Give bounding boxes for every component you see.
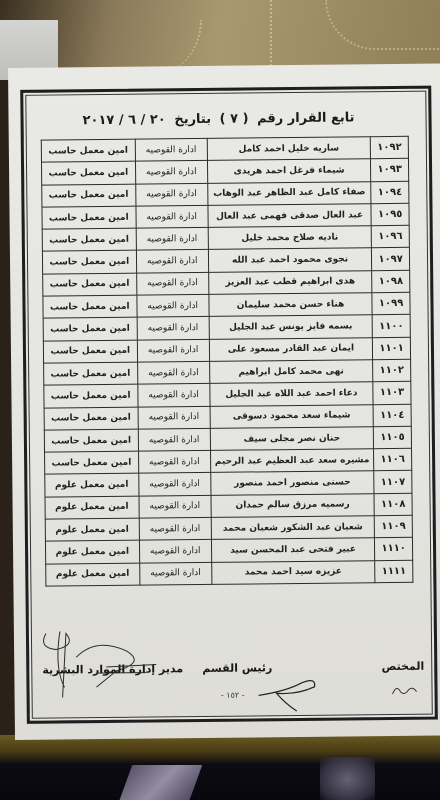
row-number: ١١١٠	[375, 538, 413, 561]
job-title: امين معمل حاسب	[43, 273, 137, 296]
department: ادارة القوصيه	[135, 183, 207, 206]
decision-number: ( ٧ )	[220, 111, 249, 126]
row-number: ١١٠٤	[373, 404, 411, 427]
job-title: امين معمل حاسب	[43, 318, 137, 341]
department: ادارة القوصيه	[137, 317, 209, 340]
row-number: ١١٠٥	[374, 426, 412, 449]
date-label: بتاريخ	[174, 112, 211, 127]
employee-name: صفاء كامل عبد الظاهر عبد الوهاب	[207, 181, 371, 205]
row-number: ١٠٩٨	[372, 270, 410, 293]
row-number: ١١٠٨	[374, 493, 412, 516]
department: ادارة القوصيه	[136, 205, 208, 228]
employee-name: ايمان عبد القادر مسعود على	[209, 337, 373, 361]
row-number: ١١٠٧	[374, 471, 412, 494]
job-title: امين معمل علوم	[45, 496, 139, 519]
hr-director-signature-icon	[36, 626, 167, 707]
employee-name: مشيره سعد عبد العظيم عبد الرحيم	[210, 449, 374, 473]
background-reflection	[118, 765, 203, 800]
specialist-label: المختص	[382, 660, 425, 673]
employee-name: نهى محمد كامل ابراهيم	[209, 360, 373, 384]
department: ادارة القوصيه	[137, 361, 209, 384]
employee-name: ناديه صلاح محمد خليل	[208, 226, 372, 250]
employee-name: نجوى محمود احمد عبد الله	[208, 248, 372, 272]
row-number: ١٠٩٥	[371, 203, 409, 226]
employee-name: شعبان عبد الشكور شعبان محمد	[211, 516, 375, 540]
header-prefix: تابع القرار رقم	[257, 110, 355, 126]
department: ادارة القوصيه	[138, 406, 210, 429]
job-title: امين معمل حاسب	[43, 295, 137, 318]
job-title: امين معمل حاسب	[44, 429, 138, 452]
department: ادارة القوصيه	[139, 562, 211, 585]
section-head-signature-icon	[256, 673, 326, 714]
date-value: ٢٠ / ٦ / ٢٠١٧	[82, 112, 165, 128]
stamp-number: - ١٥٢ -	[221, 691, 245, 700]
background-stitch	[240, 0, 272, 70]
department: ادارة القوصيه	[139, 517, 211, 540]
job-title: امين معمل حاسب	[43, 340, 137, 363]
row-number: ١١٠٩	[374, 515, 412, 538]
row-number: ١١١١	[375, 560, 413, 583]
job-title: امين معمل حاسب	[44, 384, 138, 407]
employee-name: دعاء احمد عبد اللاه عبد الجليل	[210, 382, 374, 406]
row-number: ١١٠٣	[373, 382, 411, 405]
job-title: امين معمل حاسب	[41, 161, 135, 184]
job-title: امين معمل حاسب	[42, 206, 136, 229]
department: ادارة القوصيه	[135, 138, 207, 161]
document-page: تابع القرار رقم ( ٧ ) بتاريخ ٢٠ / ٦ / ٢٠…	[8, 63, 440, 739]
row-number: ١٠٩٧	[372, 248, 410, 271]
employee-name: شيماء سعد محمود دسوقى	[210, 404, 374, 428]
employee-name: حسنى منصور احمد منصور	[211, 471, 375, 495]
job-title: امين معمل حاسب	[42, 251, 136, 274]
row-number: ١٠٩٢	[370, 136, 408, 159]
job-title: امين معمل علوم	[45, 518, 139, 541]
row-number: ١١٠٠	[372, 315, 410, 338]
department: ادارة القوصيه	[135, 161, 207, 184]
row-number: ١٠٩٦	[371, 225, 409, 248]
employee-name: حنان نصر مجلى سيف	[210, 427, 374, 451]
employee-name: هناء حسن محمد سليمان	[209, 293, 373, 317]
signatures-footer: المختص رئيس القسم مدير إدارة الموارد الب…	[34, 634, 425, 718]
job-title: امين معمل حاسب	[45, 451, 139, 474]
department: ادارة القوصيه	[136, 250, 208, 273]
job-title: امين معمل علوم	[45, 540, 139, 563]
background-surface	[0, 735, 440, 800]
employee-name: عزيزه سيد احمد محمد	[211, 560, 375, 584]
employee-name: شيماء فرغل احمد هريدى	[207, 159, 371, 183]
department: ادارة القوصيه	[138, 451, 210, 474]
row-number: ١٠٩٣	[371, 159, 409, 182]
employees-table: ١٠٩٢ساريه خليل احمد كاملادارة القوصيهامي…	[41, 136, 414, 587]
department: ادارة القوصيه	[136, 294, 208, 317]
department: ادارة القوصيه	[137, 339, 209, 362]
job-title: امين معمل حاسب	[44, 407, 138, 430]
job-title: امين معمل حاسب	[42, 184, 136, 207]
row-number: ١٠٩٤	[371, 181, 409, 204]
department: ادارة القوصيه	[138, 473, 210, 496]
department: ادارة القوصيه	[138, 428, 210, 451]
employee-name: ساريه خليل احمد كامل	[207, 137, 371, 161]
department: ادارة القوصيه	[136, 228, 208, 251]
job-title: امين معمل حاسب	[41, 139, 135, 162]
job-title: امين معمل علوم	[46, 563, 140, 586]
department: ادارة القوصيه	[137, 384, 209, 407]
employee-name: عبد العال صدقى فهمى عبد العال	[208, 204, 372, 228]
table-row: ١١١١عزيزه سيد احمد محمدادارة القوصيهامين…	[46, 560, 413, 586]
decision-header: تابع القرار رقم ( ٧ ) بتاريخ ٢٠ / ٦ / ٢٠…	[68, 110, 368, 135]
row-number: ١١٠١	[373, 337, 411, 360]
department: ادارة القوصيه	[139, 540, 211, 563]
specialist-signature-icon	[390, 682, 420, 698]
job-title: امين معمل علوم	[45, 474, 139, 497]
background-reflection	[320, 757, 375, 800]
department: ادارة القوصيه	[139, 495, 211, 518]
row-number: ١١٠٢	[373, 359, 411, 382]
department: ادارة القوصيه	[136, 272, 208, 295]
employee-name: بسمه فايز يونس عبد الجليل	[209, 315, 373, 339]
job-title: امين معمل حاسب	[44, 362, 138, 385]
row-number: ١١٠٦	[374, 448, 412, 471]
employee-name: عبير فتحى عبد المحسن سيد	[211, 538, 375, 562]
background-stitch	[325, 0, 440, 50]
job-title: امين معمل حاسب	[42, 228, 136, 251]
employee-name: هدى ابراهيم قطب عبد العزيز	[208, 270, 372, 294]
row-number: ١٠٩٩	[372, 292, 410, 315]
employee-name: رسميه مرزق سالم حمدان	[211, 493, 375, 517]
